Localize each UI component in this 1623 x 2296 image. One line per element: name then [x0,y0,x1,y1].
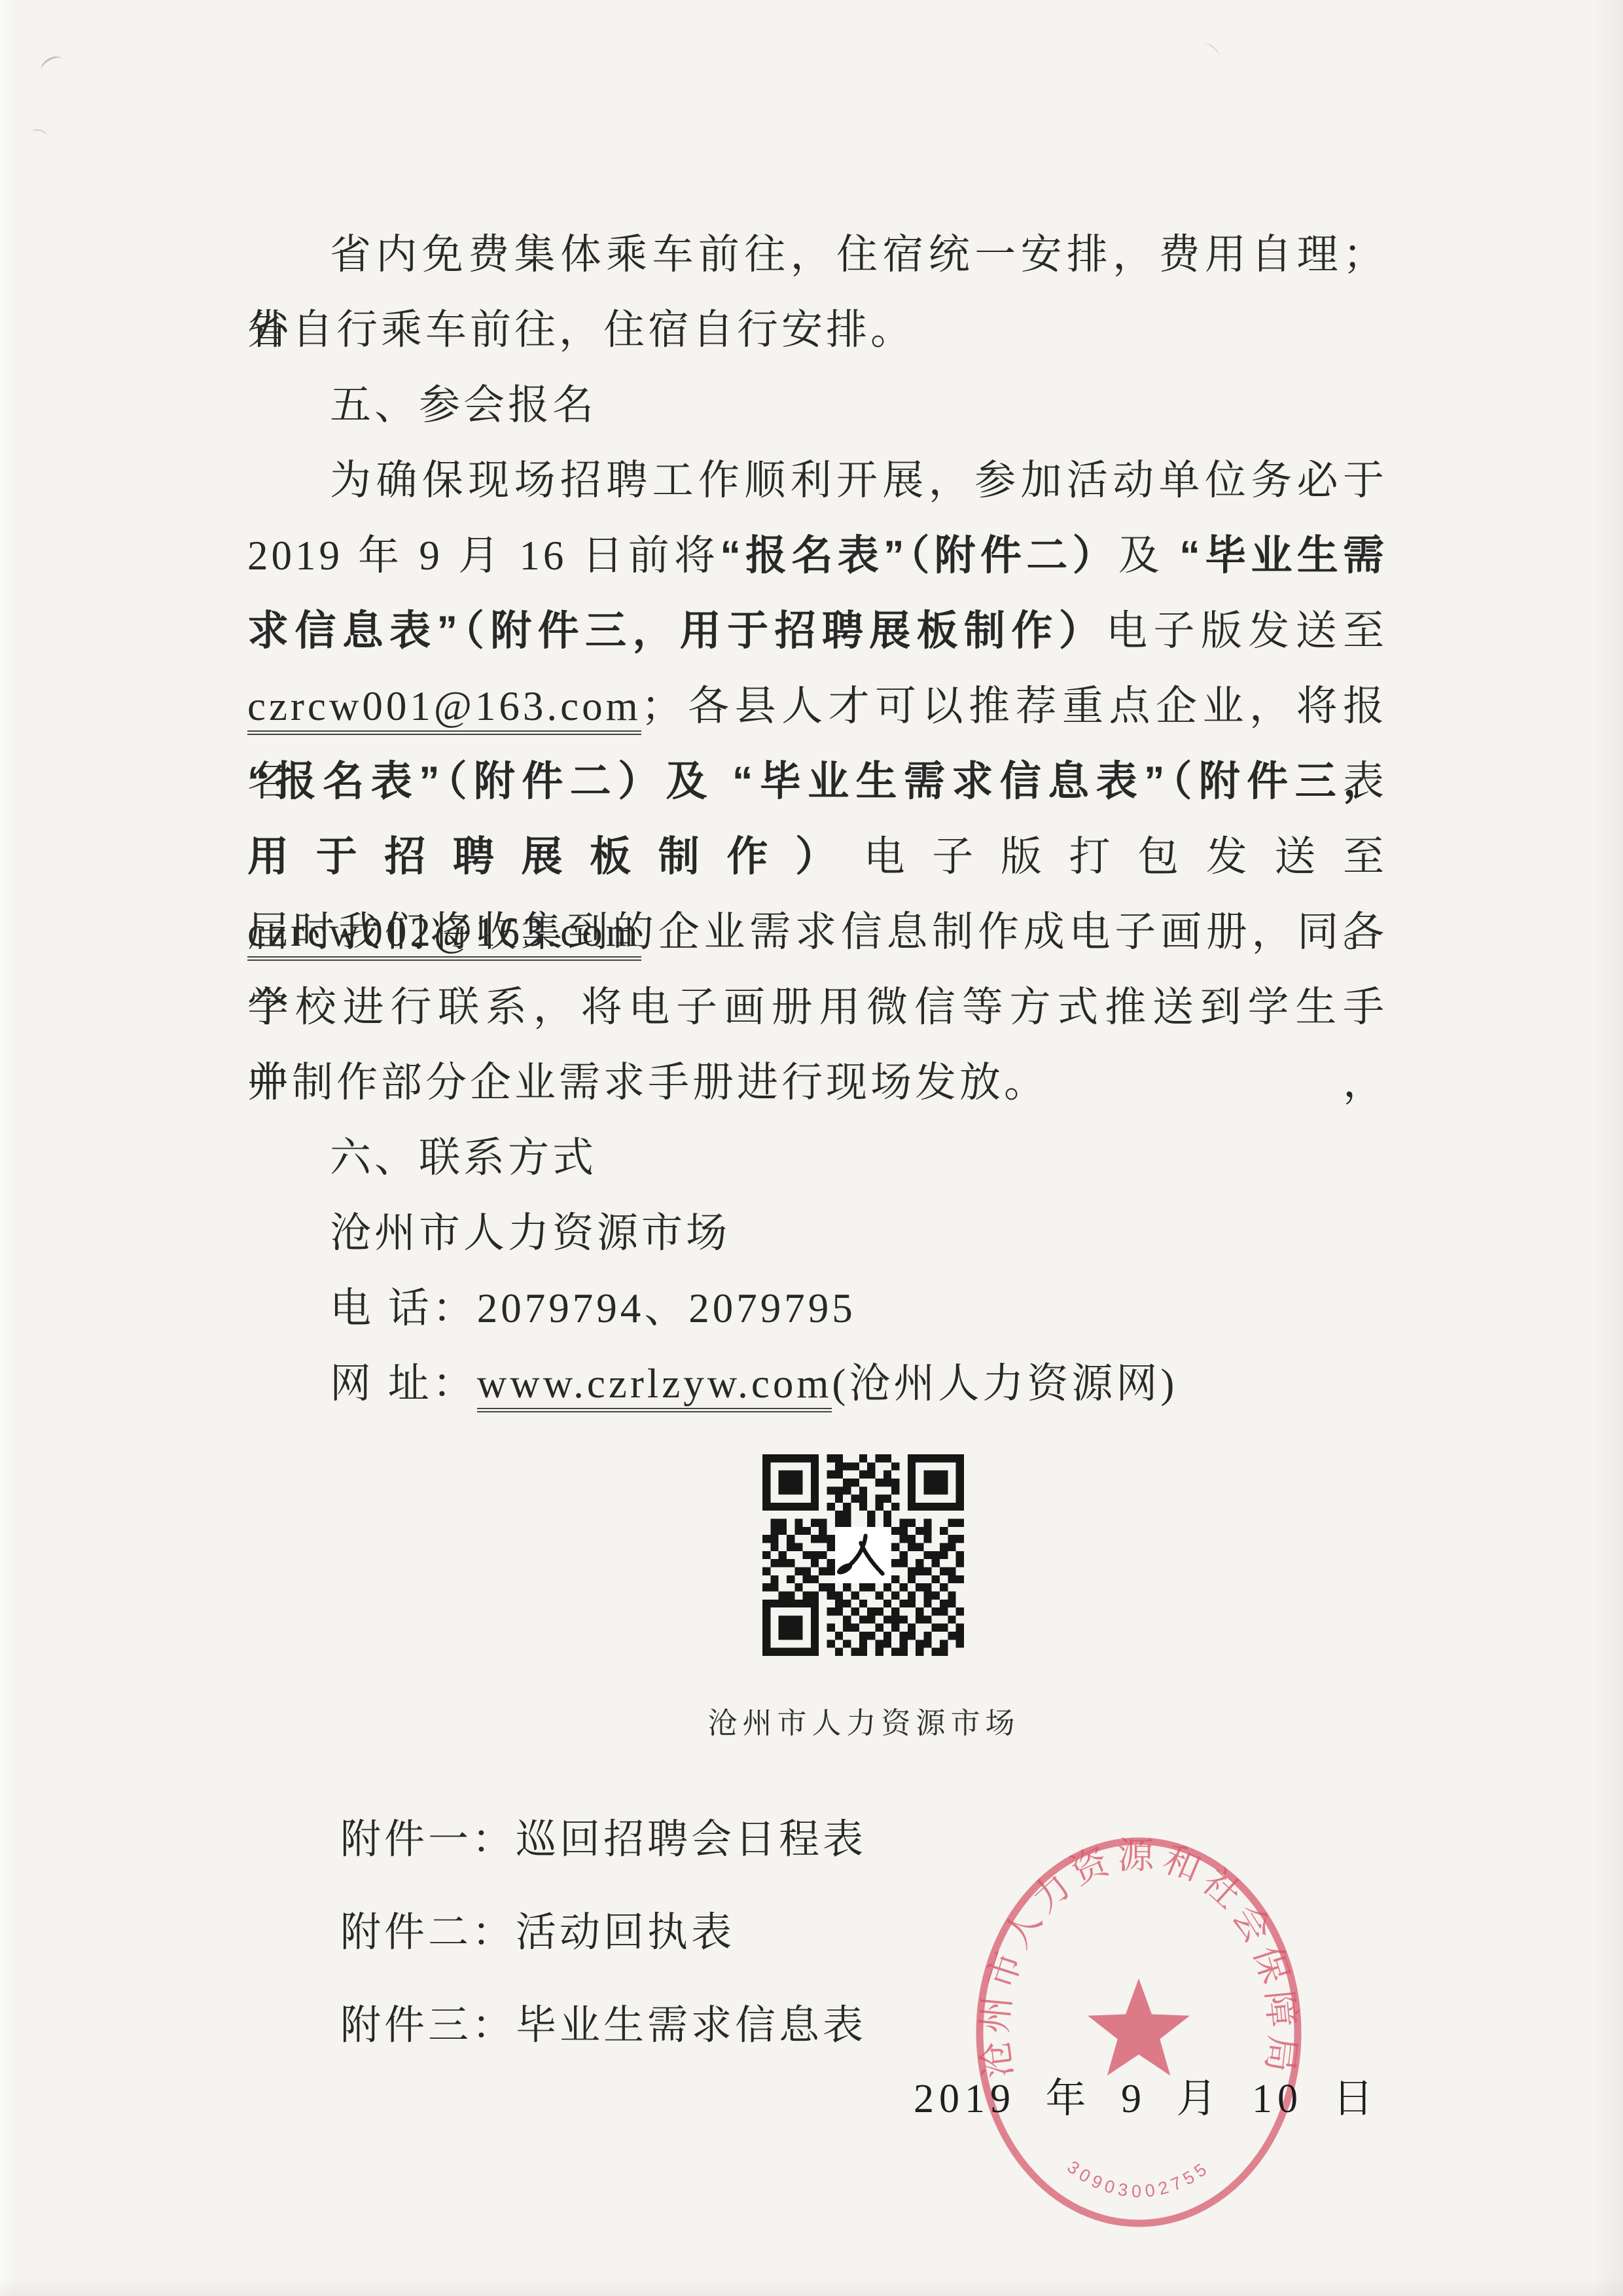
text-segment: 六、联系方式 [330,1135,597,1181]
doc-line-14: 沧州市人力资源市场 [247,1196,1387,1271]
scanned-letter-page: 省内免费集体乘车前往，住宿统一安排，费用自理；省外自行乘车前往，住宿自行安排。五… [0,0,1623,2296]
email-text: czrcw001@163.com [247,683,641,735]
text-segment: 外自行乘车前往，住宿自行安排。 [247,307,915,353]
doc-line-16: 网 址：www.czrlzyw.com(沧州人力资源网) [247,1346,1387,1422]
seal-number: 1309030027551 [969,1823,1214,2201]
official-seal: 沧州市人力资源和社会保障局 1309030027551 [969,1823,1309,2242]
date-line: 2019 年 9 月 10 日 [914,2066,1379,2124]
svg-text:沧州市人力资源和社会保障局: 沧州市人力资源和社会保障局 [975,1837,1303,2081]
seal-ring [980,1841,1298,2223]
scan-artifact [39,53,67,77]
text-segment: 2019 年 9 月 16 日前将 [247,533,720,579]
doc-line-5: 2019 年 9 月 16 日前将“报名表”（附件二）及 “毕业生需 [247,518,1387,594]
text-segment: 电 话：2079794、2079795 [330,1285,856,1331]
qr-center-logo [835,1527,891,1583]
scan-artifact [31,128,48,140]
seal-star [1088,1979,1190,2075]
attachment-item-3: 附件三：毕业生需求信息表 [340,1979,866,2072]
text-segment: 五、参会报名 [330,382,597,428]
text-segment: 电子版打包发送至 [864,834,1387,880]
doc-line-2: 外自行乘车前往，住宿自行安排。 [247,293,1387,368]
doc-line-7: czrcw001@163.com；各县人才可以推荐重点企业，将报名表 [247,669,1387,744]
text-segment: 为确保现场招聘工作顺利开展，参加活动单位务必于 [330,457,1387,503]
text-segment: (沧州人力资源网) [832,1361,1177,1407]
doc-line-15: 电 话：2079794、2079795 [247,1271,1387,1346]
doc-line-10: 届时我们将收集到的企业需求信息制作成电子画册，同各个 [247,895,1387,970]
url-text: www.czrlzyw.com [477,1361,832,1412]
doc-line-13: 六、联系方式 [247,1121,1387,1196]
doc-line-9: 用于招聘展板制作）电子版打包发送至 czrcw002@163.com。 [247,819,1387,895]
text-segment: 网 址： [330,1361,477,1407]
svg-text:1309030027551: 1309030027551 [969,1823,1214,2201]
seal-arc-text: 沧州市人力资源和社会保障局 [975,1837,1303,2081]
doc-line-11: 学校进行联系，将电子画册用微信等方式推送到学生手中， [247,970,1387,1045]
doc-line-3: 五、参会报名 [247,368,1387,443]
doc-line-6: 求信息表”（附件三，用于招聘展板制作）电子版发送至 [247,594,1387,669]
scan-artifact [1202,41,1221,58]
text-segment: “毕业生需 [1179,533,1387,579]
text-segment: 及 [1118,533,1179,579]
document-body: 省内免费集体乘车前往，住宿统一安排，费用自理；省外自行乘车前往，住宿自行安排。五… [247,217,1387,1422]
qr-code [762,1454,964,1656]
doc-line-8: “报名表”（附件二）及 “毕业生需求信息表”（附件三， [247,744,1387,819]
attachment-list: 附件一：巡回招聘会日程表附件二：活动回执表附件三：毕业生需求信息表 [340,1793,866,2072]
text-segment: “报名表”（附件二）及 “毕业生需求信息表”（附件三， [247,759,1387,804]
text-segment: 求信息表”（附件三，用于招聘展板制作） [247,608,1106,654]
doc-line-1: 省内免费集体乘车前往，住宿统一安排，费用自理；省 [247,217,1387,293]
attachment-item-1: 附件一：巡回招聘会日程表 [340,1793,866,1886]
qr-caption: 沧州市人力资源市场 [704,1699,1024,1742]
doc-line-4: 为确保现场招聘工作顺利开展，参加活动单位务必于 [247,443,1387,518]
text-segment: 沧州市人力资源市场 [330,1210,730,1256]
attachment-item-2: 附件二：活动回执表 [340,1886,866,1979]
text-segment: “报名表”（附件二） [720,533,1118,579]
text-segment: 并制作部分企业需求手册进行现场发放。 [247,1060,1048,1105]
text-segment: 电子版发送至 [1106,608,1387,654]
text-segment: 用于招聘展板制作） [247,834,864,880]
